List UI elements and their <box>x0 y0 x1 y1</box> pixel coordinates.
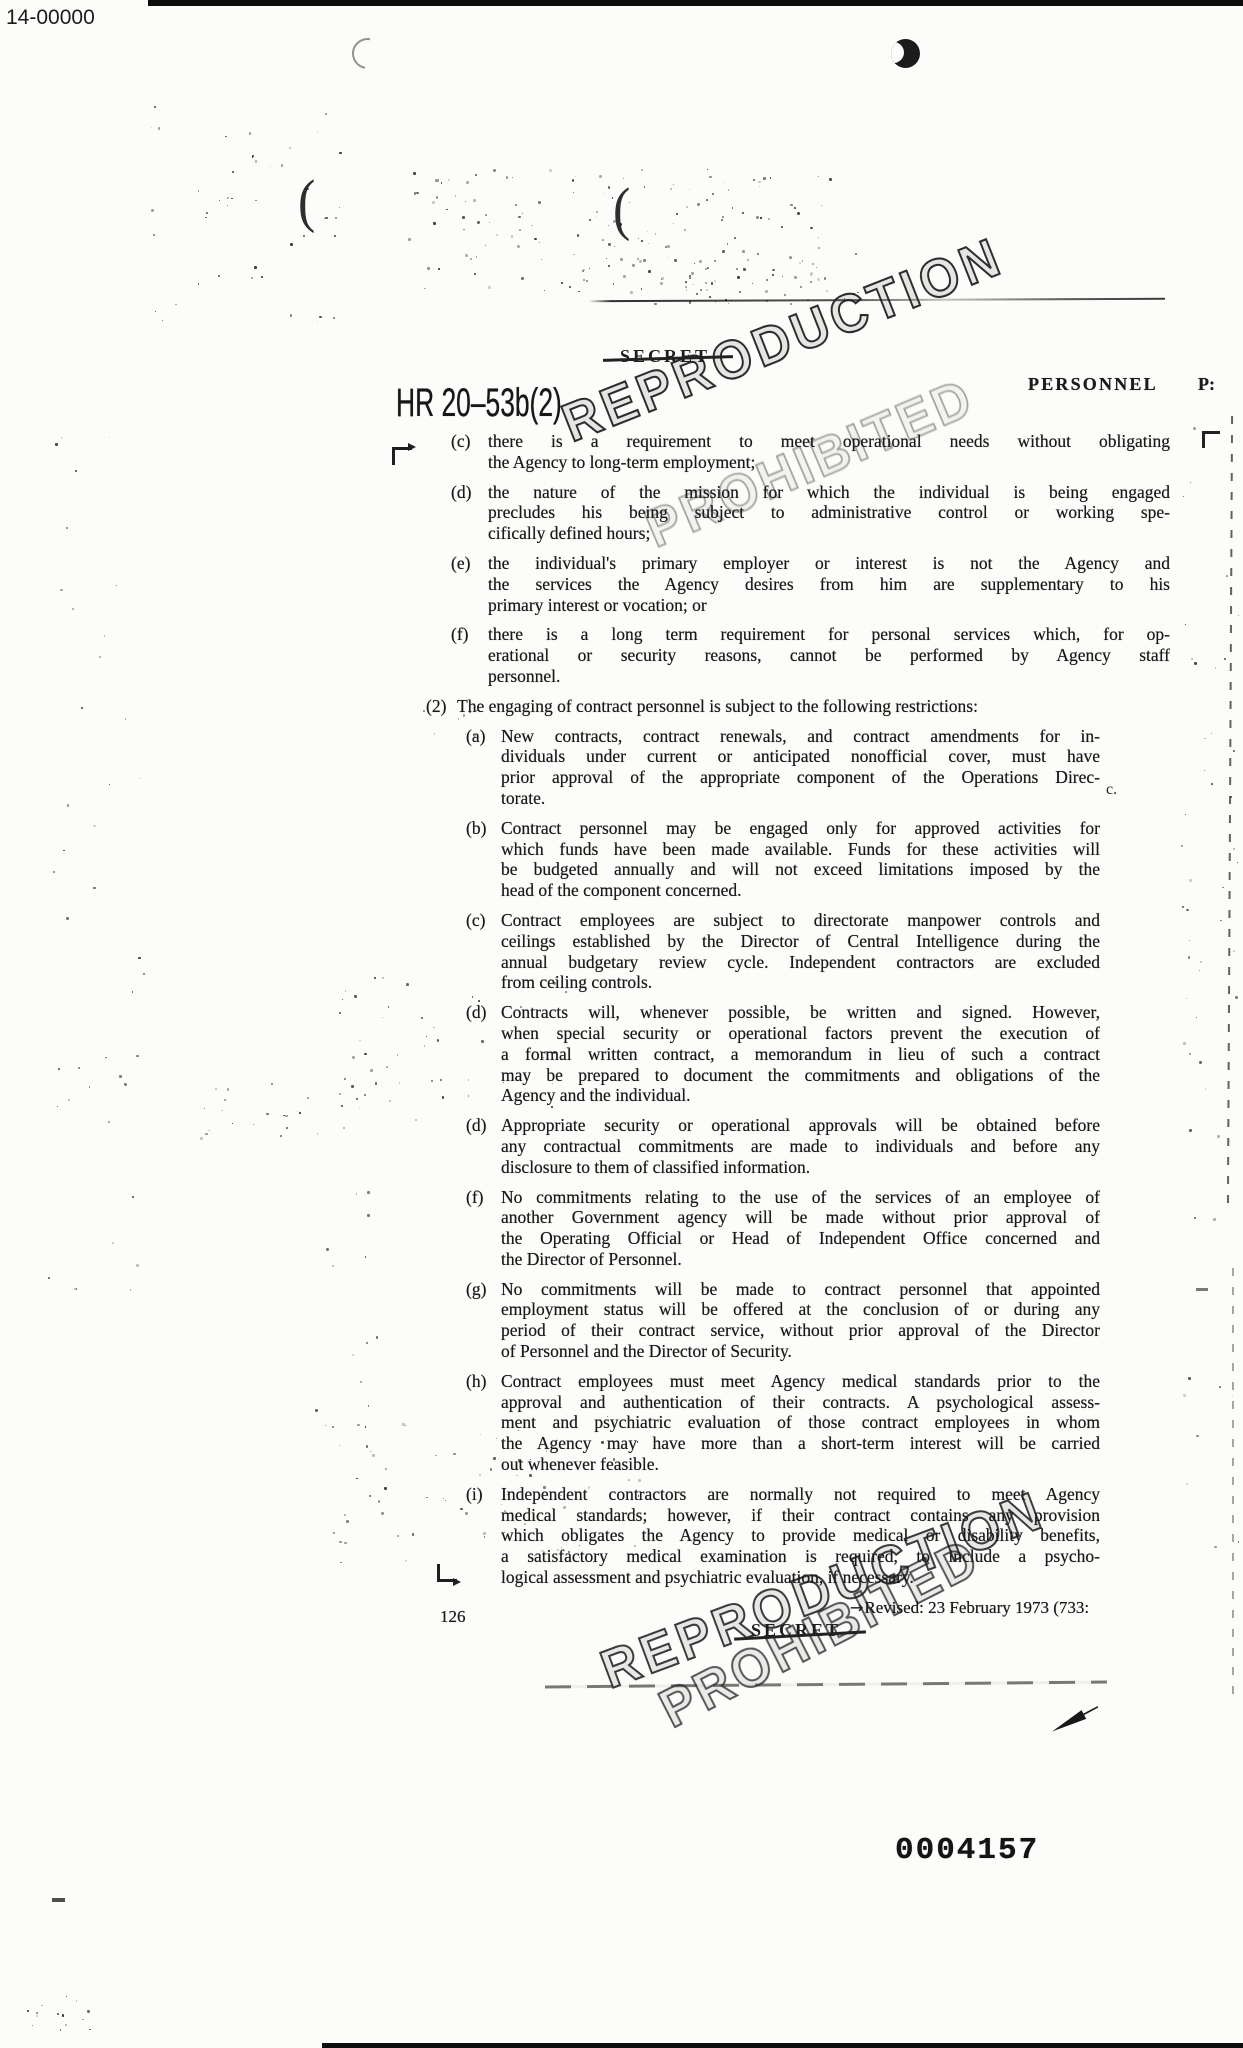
noise-speck <box>154 106 156 108</box>
noise-speck <box>36 2012 38 2014</box>
noise-speck <box>1226 575 1228 577</box>
text-line: Contract employees must meet Agency medi… <box>501 1371 1100 1392</box>
noise-speck <box>596 216 597 217</box>
pen-arrow-mark <box>1050 1710 1086 1736</box>
noise-speck <box>397 1535 399 1537</box>
noise-speck <box>1182 906 1184 908</box>
noise-speck <box>297 1111 298 1112</box>
noise-speck <box>692 284 694 286</box>
corner-bracket-top-right <box>1202 431 1220 448</box>
noise-speck <box>359 1040 360 1041</box>
noise-speck <box>281 164 284 167</box>
noise-speck <box>673 184 674 185</box>
noise-speck <box>81 707 83 709</box>
list-item-d: (d)Contracts will, whenever possible, be… <box>418 1002 1170 1106</box>
noise-speck <box>378 1500 381 1503</box>
noise-speck <box>325 113 327 115</box>
item-label: (g) <box>466 1279 501 1362</box>
noise-speck <box>608 225 609 226</box>
noise-speck <box>1189 1053 1191 1055</box>
noise-speck <box>810 227 813 230</box>
noise-speck <box>368 1405 370 1407</box>
noise-speck <box>1237 862 1238 863</box>
noise-speck <box>289 147 291 149</box>
noise-speck <box>1186 998 1187 999</box>
noise-speck <box>816 267 817 268</box>
noise-speck <box>325 217 328 220</box>
noise-speck <box>72 608 74 610</box>
noise-speck <box>732 207 733 208</box>
noise-speck <box>132 991 133 992</box>
noise-speck <box>685 286 687 288</box>
noise-speck <box>1233 750 1235 752</box>
noise-speck <box>737 276 740 279</box>
noise-speck <box>608 265 610 267</box>
noise-speck <box>1219 1386 1221 1388</box>
noise-speck <box>470 258 472 260</box>
noise-speck <box>506 176 508 178</box>
revision-arrow: → <box>850 1598 863 1617</box>
noise-speck <box>518 1459 521 1462</box>
text-line: which funds have been made available. Fu… <box>501 839 1100 860</box>
noise-speck <box>198 190 199 191</box>
noise-speck <box>286 1127 288 1129</box>
noise-speck <box>485 214 487 216</box>
noise-speck <box>332 1426 334 1428</box>
noise-speck <box>266 1113 268 1115</box>
noise-speck <box>466 181 469 184</box>
noise-speck <box>608 243 611 246</box>
noise-speck <box>539 242 540 243</box>
noise-speck <box>575 176 576 177</box>
noise-speck <box>41 2005 43 2007</box>
noise-speck <box>577 234 580 237</box>
text-line: Contract personnel may be engaged only f… <box>501 818 1100 839</box>
noise-speck <box>759 186 760 187</box>
noise-speck <box>490 1468 493 1471</box>
item-label: (f) <box>466 1187 501 1270</box>
noise-speck <box>427 267 430 270</box>
noise-speck <box>232 171 235 174</box>
noise-speck <box>721 219 723 221</box>
noise-speck <box>706 289 708 291</box>
noise-speck <box>253 1124 254 1125</box>
noise-speck <box>757 253 759 255</box>
noise-speck <box>270 166 271 167</box>
noise-speck <box>1186 909 1188 911</box>
noise-speck <box>667 245 670 248</box>
noise-speck <box>386 1066 388 1068</box>
noise-speck <box>612 197 614 199</box>
noise-speck <box>613 283 614 284</box>
noise-speck <box>343 1127 345 1129</box>
text-line: precludes his being subject to administr… <box>488 502 1170 523</box>
noise-speck <box>341 1105 344 1108</box>
noise-speck <box>789 256 792 259</box>
noise-speck <box>89 1086 90 1087</box>
crescent-smudge-mark <box>891 39 920 68</box>
noise-speck <box>685 281 687 283</box>
noise-speck <box>473 734 476 737</box>
text-line: any contractual commitments are made to … <box>501 1136 1100 1157</box>
noise-speck <box>346 1520 349 1523</box>
noise-speck <box>812 263 814 265</box>
section-heading-suffix: P: <box>1198 374 1215 395</box>
noise-speck <box>689 189 690 190</box>
noise-speck <box>424 288 426 290</box>
noise-speck <box>473 199 476 202</box>
noise-speck <box>516 1475 517 1476</box>
noise-speck <box>109 437 111 439</box>
noise-speck <box>369 1495 371 1497</box>
noise-speck <box>360 1381 362 1383</box>
noise-speck <box>339 1541 341 1543</box>
noise-speck <box>1214 1546 1216 1548</box>
noise-speck <box>684 229 686 231</box>
noise-speck <box>724 182 725 183</box>
item-text: Contract employees must meet Agency medi… <box>501 1371 1100 1475</box>
noise-speck <box>376 1336 379 1339</box>
noise-speck <box>339 1012 341 1014</box>
noise-speck <box>465 1512 468 1515</box>
noise-speck <box>1220 920 1222 922</box>
noise-speck <box>60 2029 62 2031</box>
text-line: dividuals under current or anticipated n… <box>501 746 1100 767</box>
noise-speck <box>415 1119 418 1122</box>
noise-speck <box>367 1214 370 1217</box>
text-line: the services the Agency desires from him… <box>488 574 1170 595</box>
list-item-d: (d)the nature of the mission for which t… <box>418 482 1170 544</box>
noise-speck <box>151 209 154 212</box>
item-text: No commitments will be made to contract … <box>501 1279 1100 1362</box>
noise-speck <box>1196 1017 1197 1018</box>
noise-speck <box>481 1040 484 1043</box>
noise-speck <box>630 291 633 294</box>
noise-speck <box>763 177 766 180</box>
noise-speck <box>370 1451 372 1453</box>
noise-speck <box>87 2010 90 2013</box>
text-line: there is a requirement to meet operation… <box>488 431 1170 452</box>
noise-speck <box>472 996 474 998</box>
noise-speck <box>119 1075 122 1078</box>
noise-speck <box>1204 738 1206 740</box>
noise-speck <box>285 1115 287 1117</box>
noise-speck <box>772 269 775 272</box>
item-text: the nature of the mission for which the … <box>488 482 1170 544</box>
noise-speck <box>48 1277 50 1279</box>
bracket-arrowhead <box>408 443 416 451</box>
noise-speck <box>465 201 466 202</box>
noise-speck <box>589 219 591 221</box>
item-label: (f) <box>451 624 488 686</box>
section-heading: PERSONNEL <box>1028 374 1158 395</box>
text-line: Contract employees are subject to direct… <box>501 910 1100 931</box>
noise-speck <box>522 213 523 214</box>
noise-speck <box>261 276 263 278</box>
noise-speck <box>1196 1435 1199 1438</box>
noise-speck <box>589 268 590 269</box>
noise-speck <box>515 204 518 207</box>
noise-speck <box>1205 1088 1207 1090</box>
noise-speck <box>747 259 749 261</box>
noise-speck <box>1200 961 1202 963</box>
list-item-2: (2)The engaging of contract personnel is… <box>418 696 1170 717</box>
noise-speck <box>756 216 759 219</box>
noise-speck <box>614 246 616 248</box>
noise-speck <box>399 1082 401 1084</box>
noise-speck <box>435 179 438 182</box>
noise-speck <box>519 229 521 231</box>
noise-speck <box>405 1425 406 1426</box>
noise-speck <box>824 277 826 279</box>
text-line: Agency and the individual. <box>501 1085 1100 1106</box>
item-label: (h) <box>466 1371 501 1475</box>
noise-speck <box>465 254 468 257</box>
noise-speck <box>520 1006 522 1008</box>
noise-speck <box>489 222 490 223</box>
noise-speck <box>382 977 384 979</box>
noise-speck <box>694 263 695 264</box>
noise-speck <box>61 437 63 439</box>
scanner-edge-artifact-top <box>148 0 1243 6</box>
circle-smudge-mark <box>346 32 389 75</box>
margin-dash-mark <box>1196 1288 1208 1291</box>
noise-speck <box>765 290 768 293</box>
noise-speck <box>1194 1217 1196 1219</box>
noise-speck <box>601 1441 604 1444</box>
noise-speck <box>66 917 69 920</box>
item-text: Appropriate security or operational appr… <box>501 1115 1100 1177</box>
margin-dashed-line-upper <box>1227 416 1233 1206</box>
noise-speck <box>641 240 643 242</box>
item-text: Contracts will, whenever possible, be wr… <box>501 1002 1100 1106</box>
noise-speck <box>549 169 552 172</box>
noise-speck <box>469 711 471 713</box>
noise-speck <box>206 212 208 214</box>
noise-speck <box>604 193 605 194</box>
noise-speck <box>1190 482 1191 483</box>
noise-speck <box>375 1082 378 1085</box>
noise-speck <box>372 1454 375 1457</box>
item-text: Contract personnel may be engaged only f… <box>501 818 1100 901</box>
noise-speck <box>588 1486 590 1488</box>
noise-speck <box>606 258 607 259</box>
noise-speck <box>63 850 65 852</box>
text-line: head of the component concerned. <box>501 880 1100 901</box>
noise-speck <box>673 223 674 224</box>
noise-speck <box>1204 770 1205 771</box>
noise-speck <box>583 279 586 282</box>
noise-speck <box>382 1017 383 1018</box>
noise-speck <box>553 982 556 985</box>
noise-speck <box>476 710 478 712</box>
noise-speck <box>829 178 832 181</box>
list-item-f: (f)there is a long term requirement for … <box>418 624 1170 686</box>
small-dash-mark <box>52 1898 65 1902</box>
noise-speck <box>818 247 820 249</box>
noise-speck <box>794 276 797 279</box>
noise-speck <box>89 2029 91 2031</box>
noise-speck <box>36 2015 38 2017</box>
noise-speck <box>366 1445 368 1447</box>
noise-speck <box>696 293 699 296</box>
noise-speck <box>709 296 711 298</box>
revision-text: Revised: 23 February 1973 (733: <box>864 1598 1089 1617</box>
noise-speck <box>65 2024 67 2026</box>
noise-speck <box>356 1478 358 1480</box>
noise-speck <box>93 825 96 828</box>
noise-speck <box>271 1083 273 1085</box>
text-line: ceilings established by the Director of … <box>501 931 1100 952</box>
noise-speck <box>1217 1135 1220 1138</box>
noise-speck <box>299 1112 301 1114</box>
noise-speck <box>706 199 708 201</box>
text-line: ment and psychiatric evaluation of those… <box>501 1412 1100 1433</box>
noise-speck <box>821 205 823 207</box>
noise-speck <box>453 1453 456 1456</box>
noise-speck <box>416 192 419 195</box>
noise-speck <box>254 266 257 269</box>
text-line: period of their contract service, withou… <box>501 1320 1100 1341</box>
scan-noise-speckles <box>0 0 1 1</box>
noise-speck <box>32 2025 33 2026</box>
noise-speck <box>818 176 819 177</box>
noise-speck <box>232 1123 233 1124</box>
noise-speck <box>124 1083 127 1086</box>
noise-speck <box>766 300 768 302</box>
text-line: erational or security reasons, cannot be… <box>488 645 1170 666</box>
noise-speck <box>568 1551 570 1553</box>
noise-speck <box>782 276 784 278</box>
noise-speck <box>339 207 340 208</box>
noise-speck <box>647 231 648 232</box>
text-line: No commitments relating to the use of th… <box>501 1187 1100 1208</box>
item-text: there is a requirement to meet operation… <box>488 431 1170 473</box>
noise-speck <box>686 206 689 209</box>
revision-note: →Revised: 23 February 1973 (733: <box>850 1598 1089 1618</box>
noise-speck <box>655 233 657 235</box>
noise-speck <box>433 222 435 224</box>
noise-speck <box>78 1067 80 1069</box>
noise-speck <box>381 1512 384 1515</box>
noise-speck <box>541 259 542 260</box>
noise-speck <box>116 585 117 586</box>
noise-speck <box>225 136 226 137</box>
noise-speck <box>345 990 347 992</box>
noise-speck <box>1189 940 1190 941</box>
noise-speck <box>493 169 496 172</box>
noise-speck <box>760 217 761 218</box>
noise-speck <box>1235 996 1238 999</box>
noise-speck <box>512 177 514 179</box>
noise-speck <box>1186 1483 1188 1485</box>
item-label: (c) <box>451 431 488 473</box>
noise-speck <box>364 1094 366 1096</box>
noise-speck <box>367 1191 370 1194</box>
noise-speck <box>326 1248 329 1251</box>
noise-speck <box>728 303 729 304</box>
noise-speck <box>485 245 486 246</box>
text-line: the Agency to long-term employment; <box>488 452 1170 473</box>
item-label: (d) <box>451 482 488 544</box>
noise-speck <box>676 213 678 215</box>
item-label: (e) <box>451 553 488 615</box>
noise-speck <box>162 320 163 321</box>
noise-speck <box>563 1506 566 1509</box>
noise-speck <box>644 186 645 187</box>
noise-speck <box>255 200 256 201</box>
noise-speck <box>728 189 730 191</box>
text-line: the Operating Official or Head of Indepe… <box>501 1228 1100 1249</box>
noise-speck <box>766 279 768 281</box>
text-line: out whenever feasible. <box>501 1454 1100 1475</box>
noise-speck <box>255 160 258 163</box>
noise-speck <box>344 1542 347 1545</box>
noise-speck <box>57 1106 58 1107</box>
list-item-b: (b)Contract personnel may be engaged onl… <box>418 818 1170 901</box>
noise-speck <box>455 195 456 196</box>
noise-speck <box>1189 879 1192 882</box>
noise-speck <box>76 1288 78 1290</box>
noise-speck <box>743 268 746 271</box>
noise-speck <box>1193 427 1196 430</box>
noise-speck <box>648 270 651 273</box>
noise-speck <box>303 235 305 237</box>
noise-speck <box>130 1289 131 1290</box>
noise-speck <box>1233 848 1235 850</box>
noise-speck <box>797 212 800 215</box>
noise-speck <box>1233 950 1235 952</box>
corner-bracket-body-end <box>437 1564 457 1582</box>
text-line: cifically defined hours; <box>488 523 1170 544</box>
noise-speck <box>27 2010 29 2012</box>
item-label: (c) <box>466 910 501 993</box>
noise-speck <box>319 316 321 318</box>
noise-speck <box>800 286 802 288</box>
noise-speck <box>1222 887 1224 889</box>
text-line: the Agency may have more than a short-te… <box>501 1433 1100 1454</box>
noise-speck <box>483 1532 486 1535</box>
noise-speck <box>711 282 714 285</box>
noise-speck <box>714 260 716 262</box>
noise-speck <box>691 272 694 275</box>
noise-speck <box>227 197 229 199</box>
item-text: The engaging of contract personnel is su… <box>457 696 1170 717</box>
noise-speck <box>531 225 533 227</box>
noise-speck <box>356 1193 358 1195</box>
item-text: New contracts, contract renewals, and co… <box>501 726 1100 809</box>
noise-speck <box>742 212 744 214</box>
noise-speck <box>1199 1061 1202 1064</box>
noise-speck <box>112 1242 114 1244</box>
noise-speck <box>1194 662 1197 665</box>
noise-speck <box>784 294 786 296</box>
item-label: (d) <box>466 1002 501 1106</box>
text-line: No commitments will be made to contract … <box>501 1279 1100 1300</box>
noise-speck <box>366 1342 368 1344</box>
noise-speck <box>802 260 804 262</box>
noise-speck <box>643 259 646 262</box>
margin-dashed-line-lower <box>1232 1268 1234 1698</box>
noise-speck <box>1183 1042 1186 1045</box>
noise-speck <box>205 217 206 218</box>
noise-speck <box>853 293 855 295</box>
noise-speck <box>709 176 712 179</box>
list-item-h: (h)Contract employees must meet Agency m… <box>418 1371 1170 1475</box>
noise-speck <box>108 1121 110 1123</box>
noise-speck <box>1185 624 1186 625</box>
noise-speck <box>53 871 55 873</box>
